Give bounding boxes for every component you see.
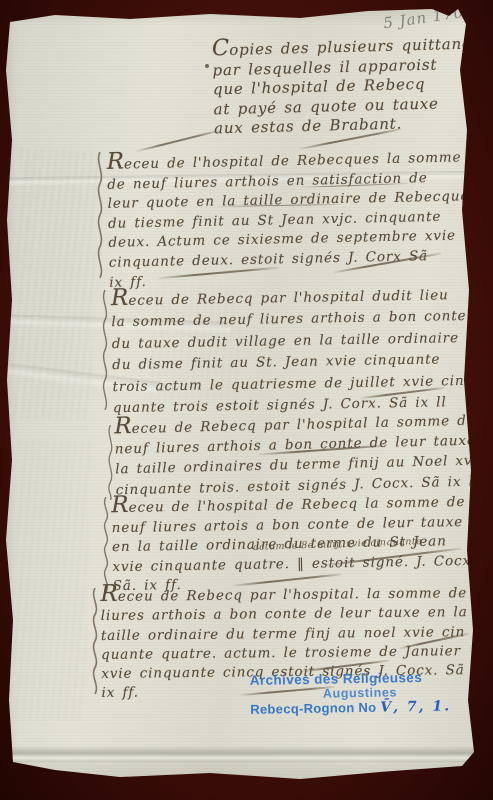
archive-stamp: Archives des Religieuses Augustines Rebe…: [250, 669, 471, 718]
photo-background: 5 Jan 1703 Copies des plusieurs quittanc…: [0, 0, 493, 800]
ink-bleedthrough: [11, 149, 98, 422]
archival-date-note: 5 Jan 1703: [382, 2, 475, 33]
paper-fold-bottom: [0, 746, 493, 762]
receipt-paragraph-2: Receu de Rebecq par l'hospital dudit lie…: [111, 282, 473, 420]
stamp-handwritten-number: V̄, 7, 1.: [380, 698, 451, 715]
manuscript-page: 5 Jan 1703 Copies des plusieurs quittanc…: [0, 0, 493, 800]
ink-dot: [205, 64, 209, 68]
margin-brace: [88, 588, 100, 694]
title-block: Copies des plusieurs quittances par lesq…: [212, 33, 475, 139]
stamp-line-3: Rebecq-Rognon No V̄, 7, 1.: [250, 698, 470, 718]
receipt-paragraph-3: Receu de Rebecq par l'hospital la somme …: [114, 408, 476, 501]
margin-brace: [93, 152, 105, 278]
stamp-series-label: Rebecq-Rognon No: [250, 700, 376, 717]
ink-bleedthrough: [14, 439, 91, 720]
receipt-paragraph-1: Receu de l'hospital de Rebecques la somm…: [107, 145, 475, 293]
margin-brace: [98, 290, 110, 410]
flourish-stroke: [136, 130, 219, 153]
margin-brace: [99, 497, 111, 592]
margin-brace: [104, 425, 115, 500]
